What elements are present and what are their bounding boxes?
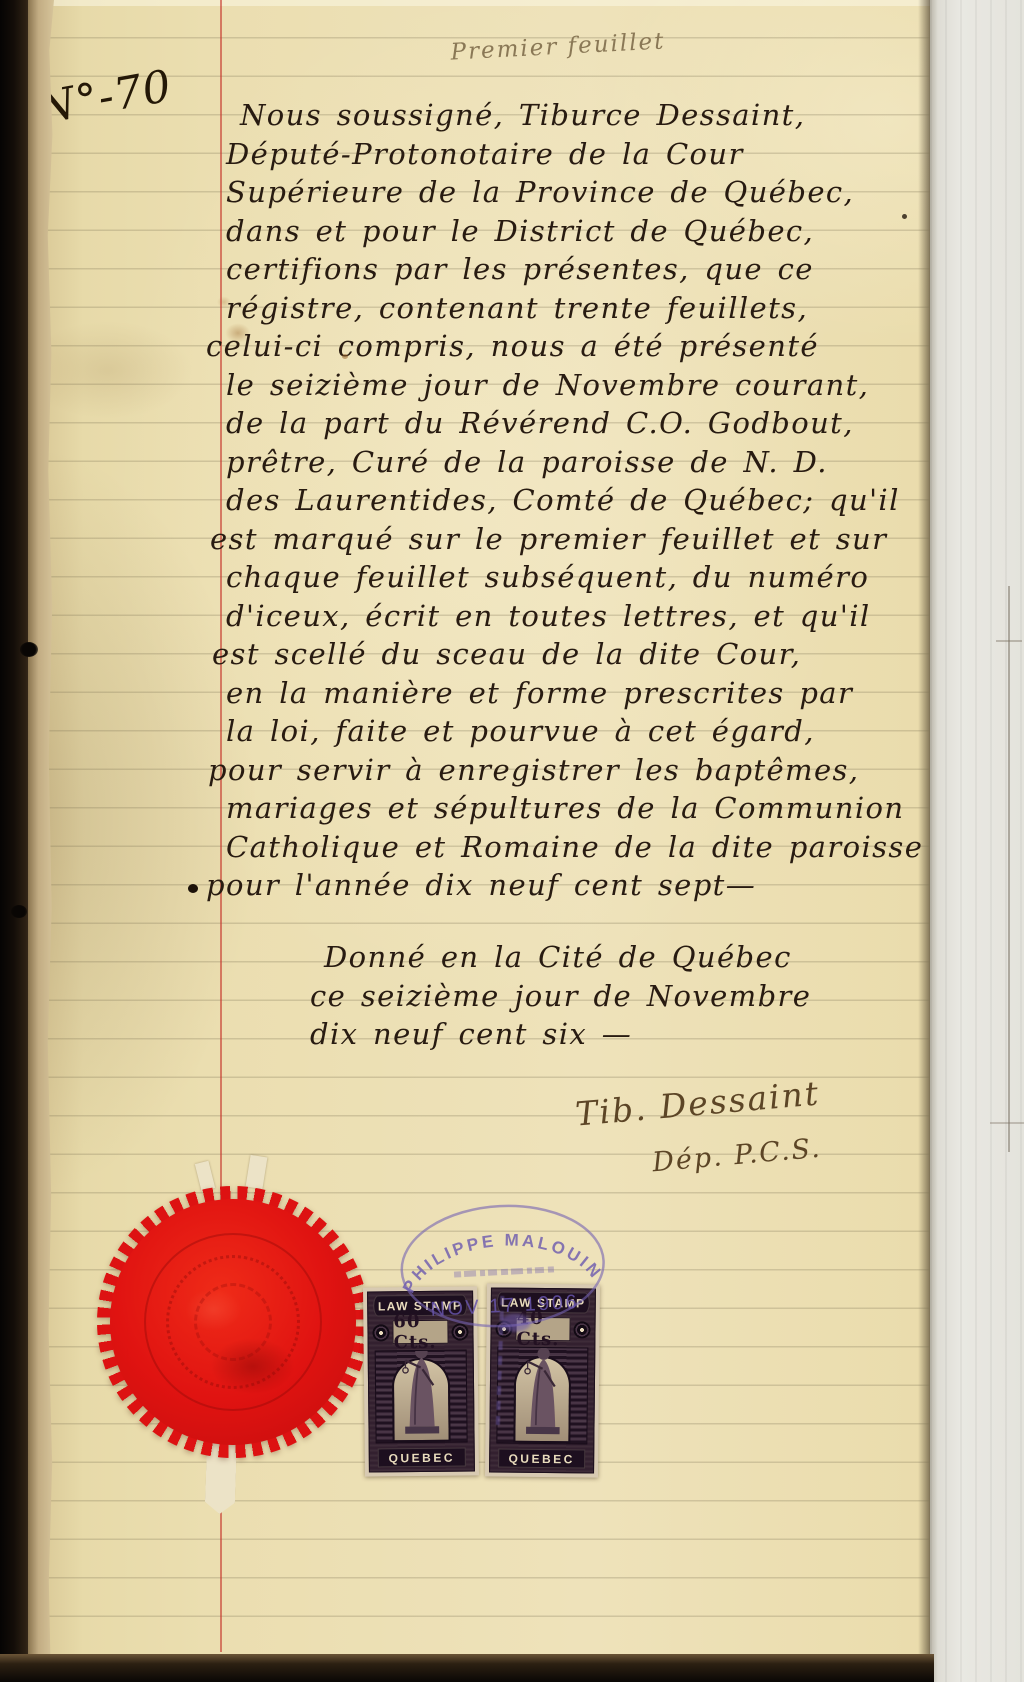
text-line: des Laurentides, Comté de Québec; qu'il: [226, 481, 926, 520]
ink-speck: [902, 214, 907, 219]
text-line: certifions par les présentes, que ce: [226, 250, 926, 289]
stamp-footer: QUEBEC: [378, 1448, 466, 1468]
stamp-arc-name: PHILIPPE MALOUIN: [396, 1225, 607, 1296]
book-bottom-edge: [0, 1654, 934, 1682]
text-line: en la manière et forme prescrites par: [226, 674, 926, 713]
closing-text: Donné en la Cité de Québec ce seizième j…: [310, 938, 870, 1054]
stamp-vignette: [496, 1347, 588, 1445]
text-line: Député-Protonotaire de la Cour: [226, 135, 926, 174]
stamp-vignette: [375, 1350, 468, 1444]
text-line: dix neuf cent six —: [310, 1015, 870, 1054]
text-line: pour servir à enregistrer les baptêmes,: [208, 751, 926, 790]
text-line: prêtre, Curé de la paroisse de N. D.: [226, 443, 926, 482]
text-line: Donné en la Cité de Québec: [324, 938, 870, 977]
scratch-mark: [1008, 586, 1010, 1152]
stamp-date: NOV 17 1906: [430, 1291, 580, 1321]
scanned-register-page: Premier feuillet N°-70 Nous soussigné, T…: [0, 0, 1024, 1682]
text-line: la loi, faite et pourvue à cet égard,: [226, 712, 926, 751]
justice-figure: [515, 1347, 569, 1442]
foxing-spot: [342, 354, 348, 359]
text-line: le seizième jour de Novembre courant,: [226, 366, 926, 405]
text-line: est scellé du sceau de la dite Cour,: [212, 635, 926, 674]
text-line: Catholique et Romaine de la dite paroiss…: [226, 828, 926, 867]
text-line: dans et pour le District de Québec,: [226, 212, 926, 251]
stamp-illegible-line: [454, 1269, 554, 1274]
text-line: ce seizième jour de Novembre: [310, 977, 870, 1016]
red-wax-seal: [97, 1186, 369, 1458]
stamp-footer: QUEBEC: [498, 1449, 585, 1469]
text-line: Nous soussigné, Tiburce Dessaint,: [240, 96, 926, 135]
punch-hole: [20, 642, 38, 657]
vignette-arch: [513, 1355, 571, 1443]
notary-round-stamp: PHILIPPE MALOUIN NOV 17 1906: [392, 1194, 613, 1349]
certificate-text: Nous soussigné, Tiburce Dessaint, Député…: [226, 96, 926, 905]
text-line: Supérieure de la Province de Québec,: [226, 173, 926, 212]
text-line: de la part du Révérend C.O. Godbout,: [226, 404, 926, 443]
ink-speck: [188, 884, 198, 893]
text-line: d'iceux, écrit en toutes lettres, et qu'…: [226, 597, 926, 636]
text-line: est marqué sur le premier feuillet et su…: [210, 520, 926, 559]
rosette-icon: [372, 1324, 389, 1341]
text-line: mariages et sépultures de la Communion: [226, 789, 926, 828]
seal-center: [110, 1199, 356, 1445]
crack-mark: [990, 1122, 1024, 1124]
text-line: chaque feuillet subséquent, du numéro: [226, 558, 926, 597]
text-line: pour l'année dix neuf cent sept—: [206, 866, 926, 905]
text-line: régistre, contenant trente feuillets,: [226, 289, 926, 328]
justice-figure: [394, 1350, 449, 1441]
text-line: celui-ci compris, nous a été présenté: [206, 327, 926, 366]
crack-mark: [996, 640, 1022, 642]
punch-hole: [11, 905, 27, 918]
vignette-arch: [392, 1358, 450, 1442]
